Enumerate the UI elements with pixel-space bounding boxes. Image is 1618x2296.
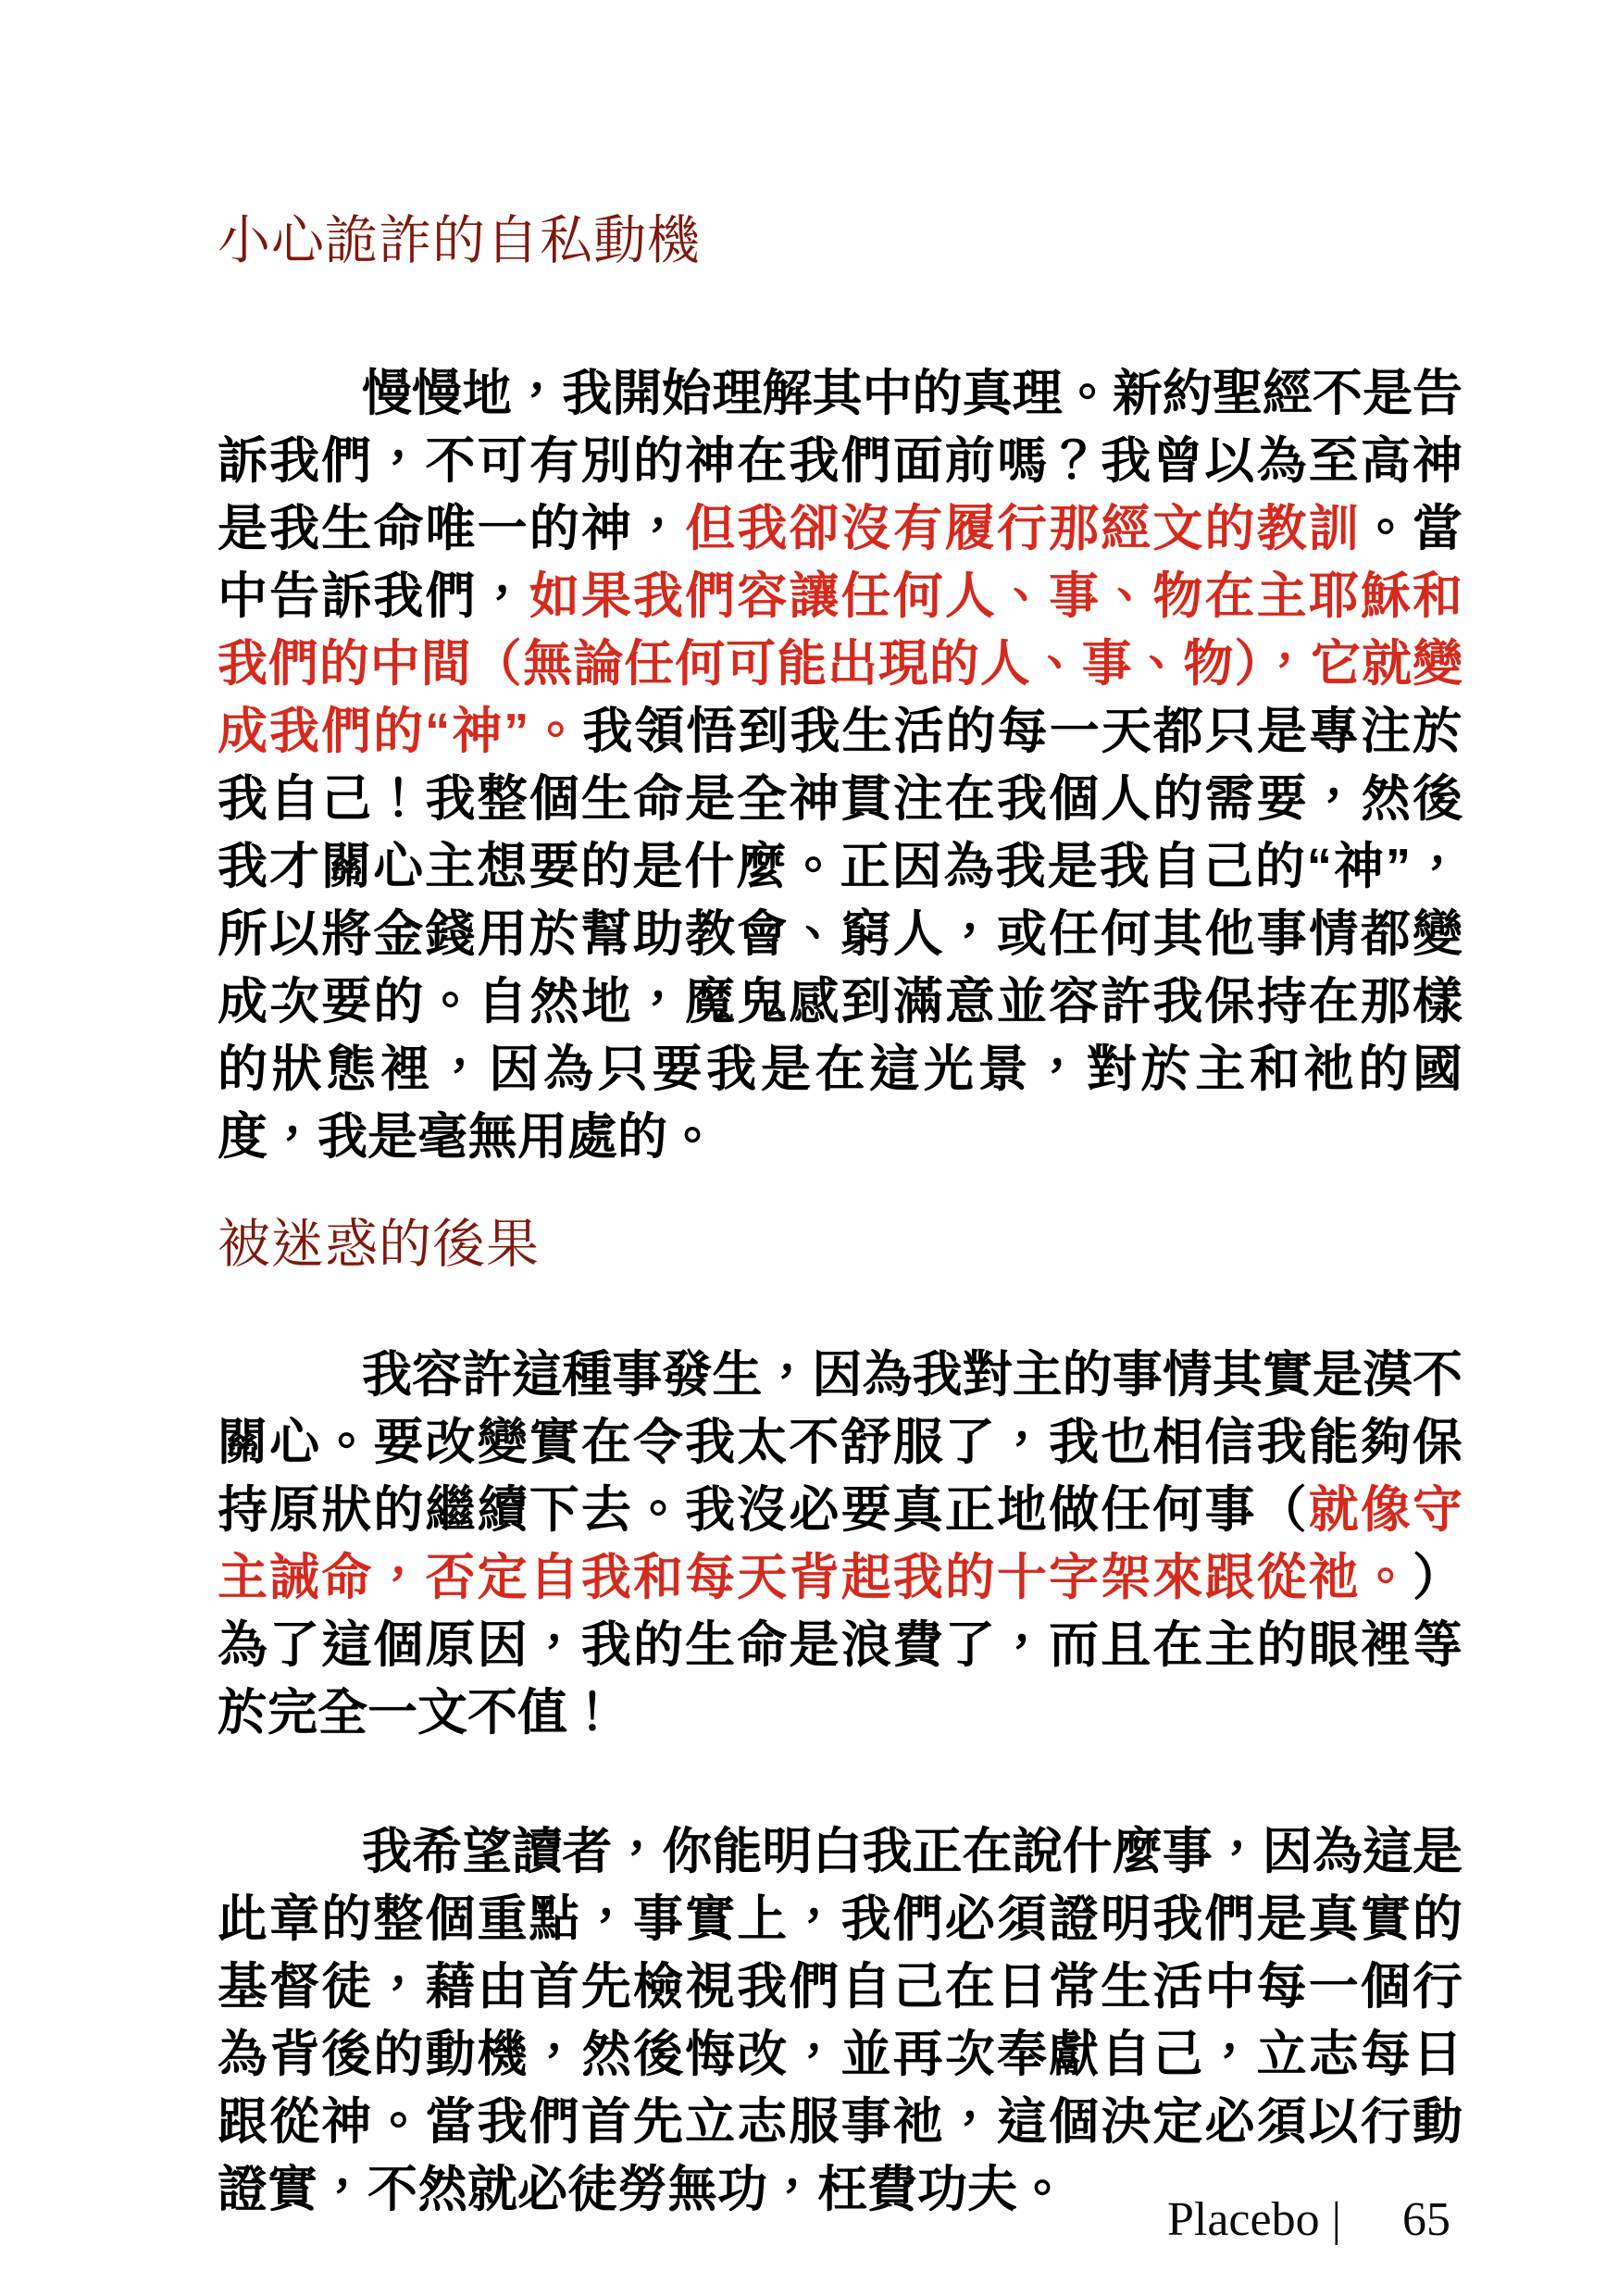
section-heading-consequences: 被迷惑的後果 bbox=[218, 1211, 1462, 1279]
text-segment: 我容許這種事發生，因為我對主的事情其實是漠不關心。要改變實在令我太不舒服了，我也… bbox=[218, 1347, 1462, 1538]
paragraph-1: 慢慢地，我開始理解其中的真理。新約聖經不是告訴我們，不可有別的神在我們面前嗎？我… bbox=[218, 360, 1462, 1171]
paragraph-2: 我容許這種事發生，因為我對主的事情其實是漠不關心。要改變實在令我太不舒服了，我也… bbox=[218, 1341, 1462, 1747]
footer-book-title: Placebo | bbox=[1167, 2192, 1341, 2247]
page-footer: Placebo | 65 bbox=[1167, 2192, 1450, 2247]
paragraph-3: 我希望讀者，你能明白我正在說什麼事，因為這是此章的整個重點，事實上，我們必須證明… bbox=[218, 1818, 1462, 2224]
book-page: 小心詭詐的自私動機 慢慢地，我開始理解其中的真理。新約聖經不是告訴我們，不可有別… bbox=[0, 0, 1618, 2296]
text-segment: 我希望讀者，你能明白我正在說什麼事，因為這是此章的整個重點，事實上，我們必須證明… bbox=[218, 1824, 1462, 2217]
section-heading-selfish-motives: 小心詭詐的自私動機 bbox=[218, 207, 1462, 276]
page-content: 小心詭詐的自私動機 慢慢地，我開始理解其中的真理。新約聖經不是告訴我們，不可有別… bbox=[218, 0, 1462, 2224]
text-segment-red: 但我卻沒有履行那經文的教訓 bbox=[685, 501, 1361, 556]
text-segment: 我領悟到我生活的每一天都只是專注於我自己！我整個生命是全神貫注在我個人的需要，然… bbox=[218, 704, 1462, 1165]
footer-page-number: 65 bbox=[1402, 2192, 1450, 2247]
